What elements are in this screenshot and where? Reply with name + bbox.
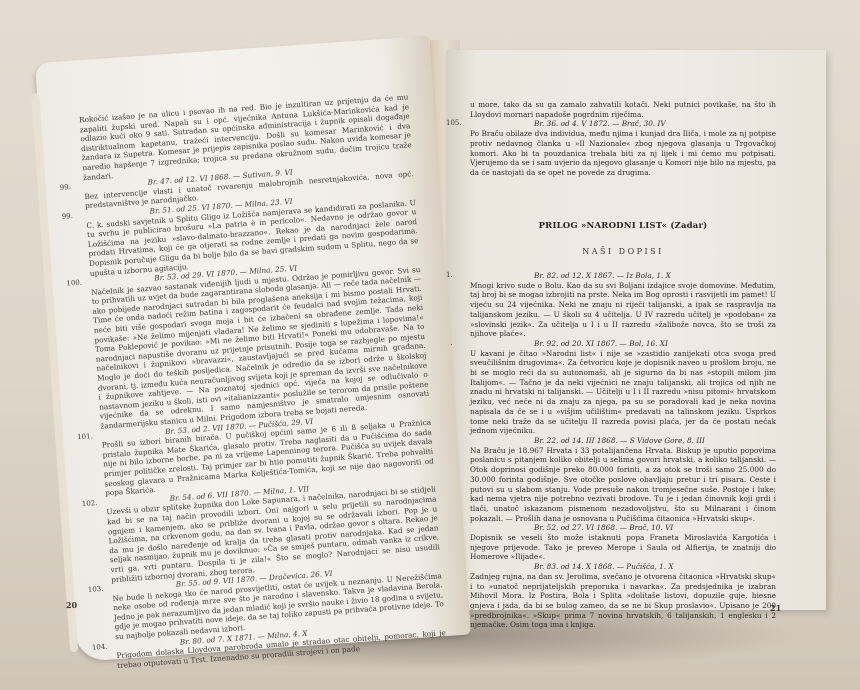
entry-header: Br. 83. od 14. X 1868. — Pučišća, 1. X bbox=[470, 562, 776, 572]
continuation-text: u more, tako da su ga zamalo zahvatili k… bbox=[470, 100, 776, 119]
entry-header: Br. 36. od 4. V 1872. — Brač, 30. IV bbox=[470, 119, 776, 129]
entry: 100. Br. 53. od 29. VI 1870. — Milna, 25… bbox=[90, 255, 430, 431]
section-title: PRILOG »NARODNI LIST« (Zadar) bbox=[470, 222, 776, 232]
page-number-left: 20 bbox=[66, 600, 77, 610]
left-page: Rokočić izašao je na ulicu i psovao ih n… bbox=[35, 36, 471, 662]
entry-header: Br. 52. od 27. VI 1868. — Brač, 10. VI bbox=[470, 523, 776, 533]
page-edge bbox=[31, 93, 78, 652]
entry-text: U kavani je čitao »Narodni list« i nije … bbox=[470, 349, 776, 436]
entry-text: Načelnik je sazvao sastanak viđenijih lj… bbox=[91, 265, 430, 432]
entry-number: 1. bbox=[446, 271, 453, 281]
right-page-content: u more, tako da su ga zamalo zahvatili k… bbox=[470, 100, 776, 630]
entry-number: 104. bbox=[92, 642, 108, 653]
entry-text: Po Braču obilaze dva individua, među nji… bbox=[470, 129, 776, 178]
entry-header: Br. 22. od 14. III 1868. — S Vidove Gore… bbox=[470, 436, 776, 446]
subsection-title: NAŠI DOPISI bbox=[470, 247, 776, 257]
entry: 4. Br. 52. od 27. VI 1868. — Brač, 10. V… bbox=[470, 523, 776, 562]
entry: 3. Br. 22. od 14. III 1868. — S Vidove G… bbox=[470, 436, 776, 523]
entry-number: 105. bbox=[446, 119, 462, 129]
entry: 1. Br. 82. od 12. X 1867. — Iz Bola, 1. … bbox=[470, 271, 776, 339]
entry-number: 103. bbox=[88, 585, 104, 596]
entry-number: 101. bbox=[77, 432, 93, 443]
entry-text: Na Braču je 18.967 Hrvata i 33 potalijan… bbox=[470, 446, 776, 524]
entry-text: Mnogi krivo sude o Bolu. Kao da su svi B… bbox=[470, 281, 776, 339]
page-number-right: 21 bbox=[770, 603, 781, 613]
entry: 5. Br. 83. od 14. X 1868. — Pučišća, 1. … bbox=[470, 562, 776, 630]
entry-number: 99. bbox=[62, 212, 74, 222]
entry: 2. Br. 92. od 20. XI 1867. — Bol, 16. XI… bbox=[470, 339, 776, 436]
entry-number: 100. bbox=[66, 279, 82, 290]
right-page: u more, tako da su ga zamalo zahvatili k… bbox=[446, 50, 826, 610]
entry-105: 105. Br. 36. od 4. V 1872. — Brač, 30. I… bbox=[470, 119, 776, 177]
entry-header: Br. 92. od 20. XI 1867. — Bol, 16. XI bbox=[470, 339, 776, 349]
entry-text: Dopisnik se veseli što može istaknuti po… bbox=[470, 533, 776, 562]
left-page-content: Rokočić izašao je na ulicu i psovao ih n… bbox=[79, 92, 447, 670]
entry-text: Zadnjeg rujna, na dan sv. Jerolima, sveč… bbox=[470, 572, 776, 630]
entry-number: 99. bbox=[60, 183, 72, 193]
entry-header: Br. 82. od 12. X 1867. — Iz Bola, 1. X bbox=[470, 271, 776, 281]
entry-number: 102. bbox=[82, 499, 98, 510]
